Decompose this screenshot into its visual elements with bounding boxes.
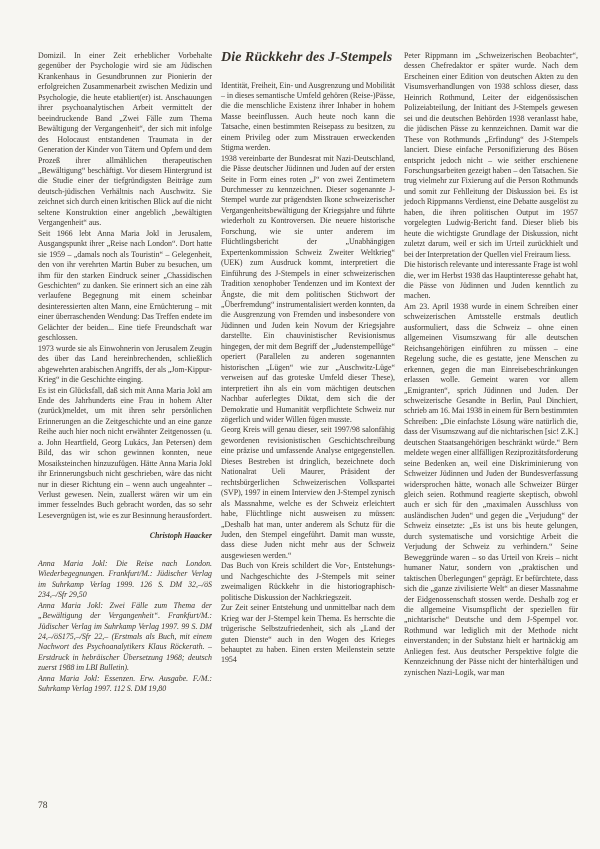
journal-page: Domizil. In einer Zeit erheblicher Vorbe… <box>0 0 600 849</box>
article-title: Die Rückkehr des J-Stempels <box>221 48 395 68</box>
column-left: Domizil. In einer Zeit erheblicher Vorbe… <box>38 51 212 695</box>
body-paragraph: Peter Rippmann im „Schweizerischen Beoba… <box>404 51 578 260</box>
body-paragraph: Seit 1966 lebt Anna Maria Jokl in Jerusa… <box>38 229 212 344</box>
body-paragraph: Zur Zeit seiner Entstehung und unmittelb… <box>221 603 395 666</box>
bibliography-entry: Anna Maria Jokl: Essenzen. Erw. Ausgabe.… <box>38 674 212 695</box>
bibliography-entry: Anna Maria Jokl: Zwei Fälle zum Thema de… <box>38 601 212 674</box>
body-paragraph: 1973 wurde sie als Einwohnerin von Jerus… <box>38 344 212 386</box>
body-paragraph: Die historisch relevante und interessant… <box>404 260 578 302</box>
page-number: 78 <box>38 801 48 812</box>
body-paragraph: Es ist ein Glücksfall, daß sich mit Anna… <box>38 386 212 522</box>
body-paragraph: Domizil. In einer Zeit erheblicher Vorbe… <box>38 51 212 229</box>
bibliography-entry: Anna Maria Jokl: Die Reise nach London. … <box>38 559 212 601</box>
body-paragraph: Am 23. April 1938 wurde in einem Schreib… <box>404 302 578 678</box>
review-author-signature: Christoph Haacker <box>38 531 212 541</box>
column-right: Peter Rippmann im „Schweizerischen Beoba… <box>404 51 578 695</box>
body-paragraph: Das Buch von Kreis schildert die Vor-, E… <box>221 561 395 603</box>
body-paragraph: Georg Kreis will genau dieser, seit 1997… <box>221 425 395 561</box>
column-middle: Die Rückkehr des J-Stempels Identität, F… <box>221 51 395 695</box>
body-paragraph: 1938 vereinbarte der Bundesrat mit Nazi-… <box>221 154 395 426</box>
three-column-layout: Domizil. In einer Zeit erheblicher Vorbe… <box>38 51 572 695</box>
body-paragraph: Identität, Freiheit, Ein- und Ausgrenzun… <box>221 81 395 154</box>
bibliography: Anna Maria Jokl: Die Reise nach London. … <box>38 559 212 695</box>
